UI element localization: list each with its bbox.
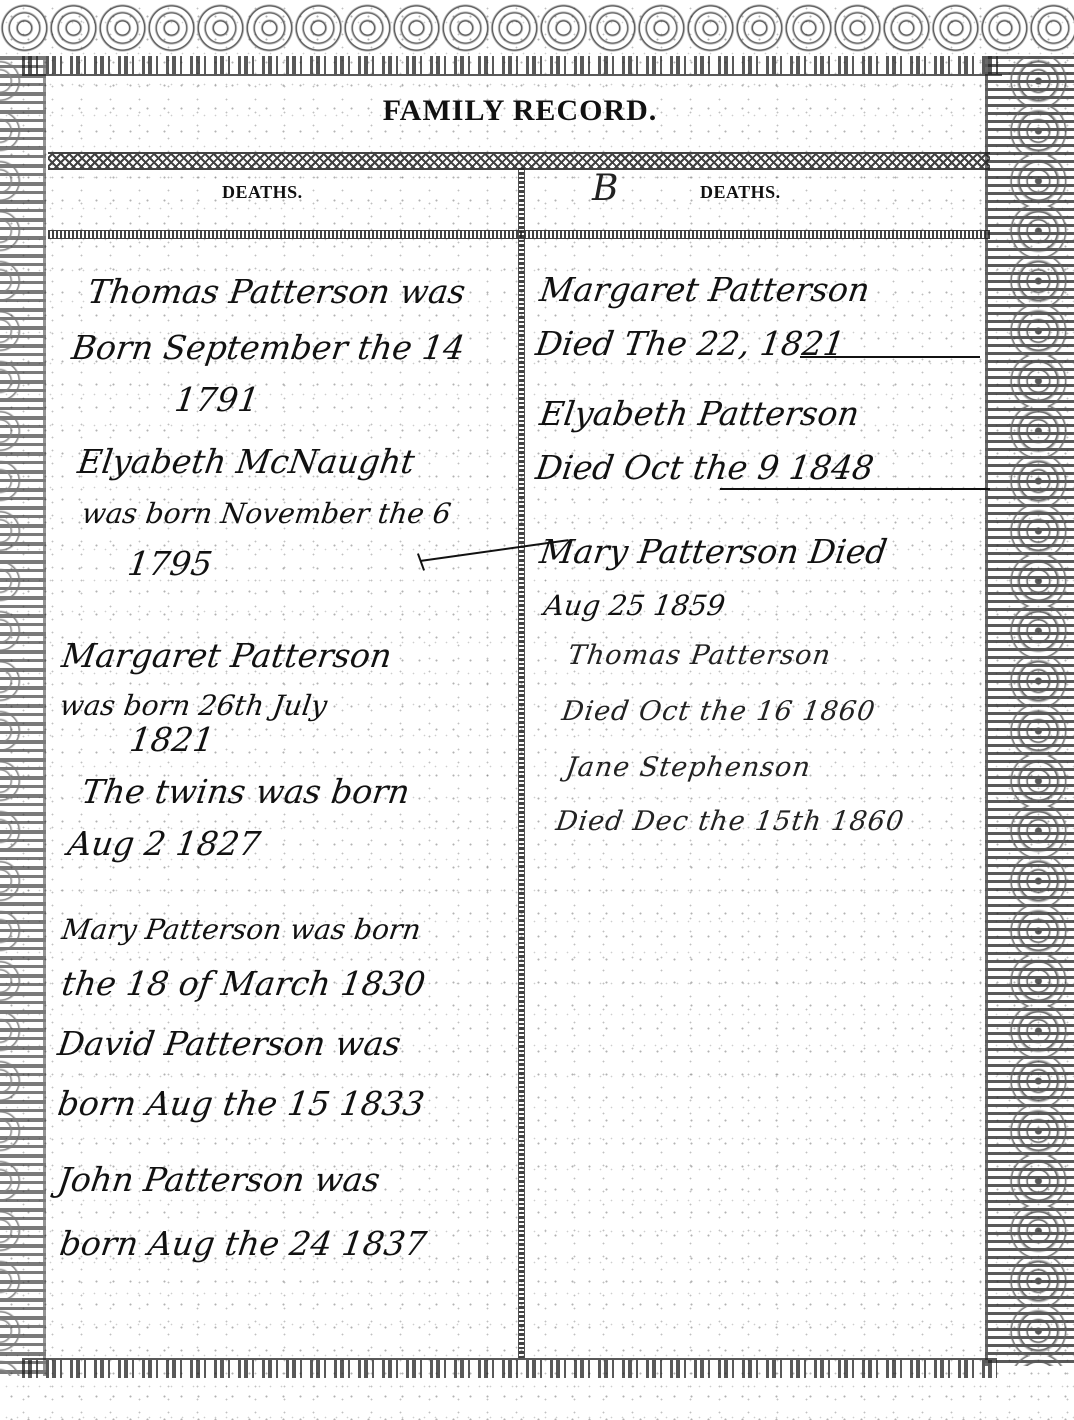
handwritten-line: Born September the 14 — [69, 326, 468, 370]
handwritten-line: Died Dec the 15th 1860 — [553, 800, 907, 844]
ornamental-band-bottom — [22, 1358, 997, 1378]
handwritten-line: John Patterson was — [55, 1158, 383, 1202]
handwritten-line: Margaret Patterson — [537, 268, 873, 312]
ornamental-border-left — [0, 56, 46, 1376]
margin-mark: B — [592, 168, 618, 209]
handwritten-line: Elyabeth Patterson — [537, 392, 862, 436]
arrow-tail-mark — [417, 553, 425, 571]
ornamental-border-right — [985, 56, 1074, 1366]
ornamental-band-top — [22, 56, 1002, 76]
handwritten-line: Aug 25 1859 — [541, 584, 728, 628]
column-divider — [518, 168, 525, 1358]
handwritten-line: 1791 — [172, 378, 262, 422]
underline-stroke — [720, 488, 990, 490]
underline-stroke — [800, 356, 980, 358]
handwritten-line: Aug 2 1827 — [65, 822, 263, 866]
handwritten-line: Died The 22, 1821 — [533, 322, 848, 366]
handwritten-line: Elyabeth McNaught — [75, 440, 418, 484]
column-heading-right: DEATHS. — [700, 182, 781, 203]
handwritten-line: Thomas Patterson was — [85, 270, 468, 314]
handwritten-line: the 18 of March 1830 — [59, 962, 428, 1006]
ornamental-border-top — [0, 0, 1074, 56]
handwritten-line: Mary Patterson Died — [537, 530, 890, 574]
handwritten-line: David Patterson was — [55, 1022, 404, 1066]
handwritten-line: was born November the 6 — [79, 492, 454, 536]
handwritten-line: Died Oct the 16 1860 — [559, 690, 878, 734]
handwritten-line: born Aug the 15 1833 — [55, 1082, 427, 1126]
handwritten-line: Margaret Patterson — [59, 634, 395, 678]
page-title: FAMILY RECORD. — [0, 94, 1040, 128]
handwritten-line: born Aug the 24 1837 — [57, 1222, 429, 1266]
handwritten-line: 1821 — [127, 718, 217, 762]
column-heading-left: DEATHS. — [222, 182, 303, 203]
handwritten-line: Died Oct the 9 1848 — [533, 446, 877, 490]
handwritten-line: The twins was born — [79, 770, 413, 814]
handwritten-line: Mary Patterson was born — [59, 908, 424, 952]
handwritten-line: Jane Stephenson — [563, 746, 814, 790]
handwritten-line: 1795 — [125, 542, 215, 586]
handwritten-line: Thomas Patterson — [565, 634, 834, 678]
